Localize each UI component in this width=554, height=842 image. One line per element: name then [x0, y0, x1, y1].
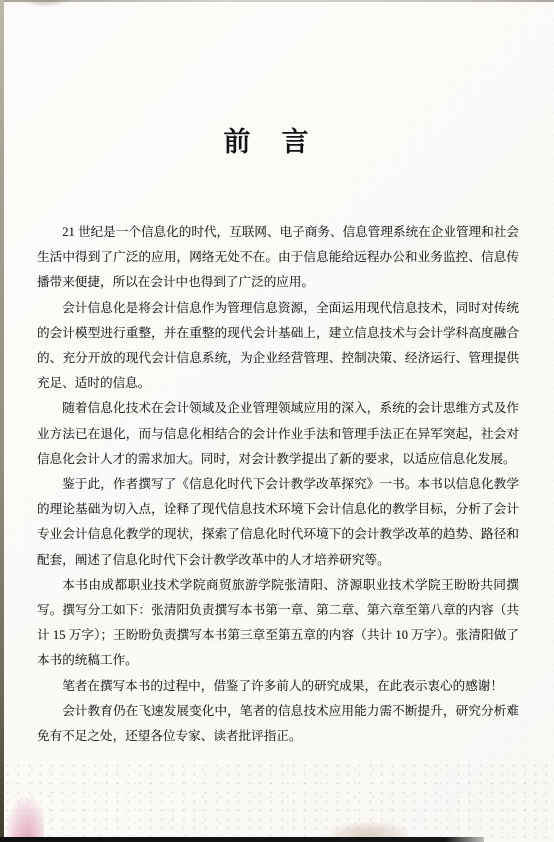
scanned-preface-page: 前 言 21 世纪是一个信息化的时代，互联网、电子商务、信息管理系统在企业管理和…: [0, 0, 554, 842]
paragraph-closing-remarks: 会计教育仍在飞速发展变化中，笔者的信息技术应用能力需不断提升，研究分析难免有不足…: [37, 699, 519, 749]
paragraph-demand-for-talent: 随着信息化技术在会计领域及企业管理领域应用的深入，系统的会计思维方式及作业方法已…: [37, 396, 519, 472]
scan-noise-bottom-band: [0, 758, 554, 838]
scan-edge-top-smudge: [22, 0, 68, 7]
page-title: 前 言: [0, 120, 534, 159]
paragraph-accounting-informatization: 会计信息化是将会计信息作为管理信息资源，全面运用现代信息技术，同时对传统的会计模…: [37, 296, 519, 397]
smudge-bottom-left: [6, 798, 44, 842]
preface-body: 21 世纪是一个信息化的时代，互联网、电子商务、信息管理系统在企业管理和社会生活…: [37, 220, 519, 749]
paragraph-authors-division: 本书由成都职业技术学院商贸旅游学院张清阳、济源职业技术学院王盼盼共同撰写。撰写分…: [37, 573, 519, 674]
scan-edge-top: [0, 0, 554, 2]
scan-bottom-bar: [0, 837, 484, 842]
paragraph-acknowledgement: 笔者在撰写本书的过程中，借鉴了许多前人的研究成果，在此表示衷心的感谢！: [37, 674, 519, 699]
paragraph-book-overview: 鉴于此，作者撰写了《信息化时代下会计教学改革探究》一书。本书以信息化教学的理论基…: [37, 472, 519, 573]
paragraph-intro-information-age: 21 世纪是一个信息化的时代，互联网、电子商务、信息管理系统在企业管理和社会生活…: [37, 220, 519, 296]
